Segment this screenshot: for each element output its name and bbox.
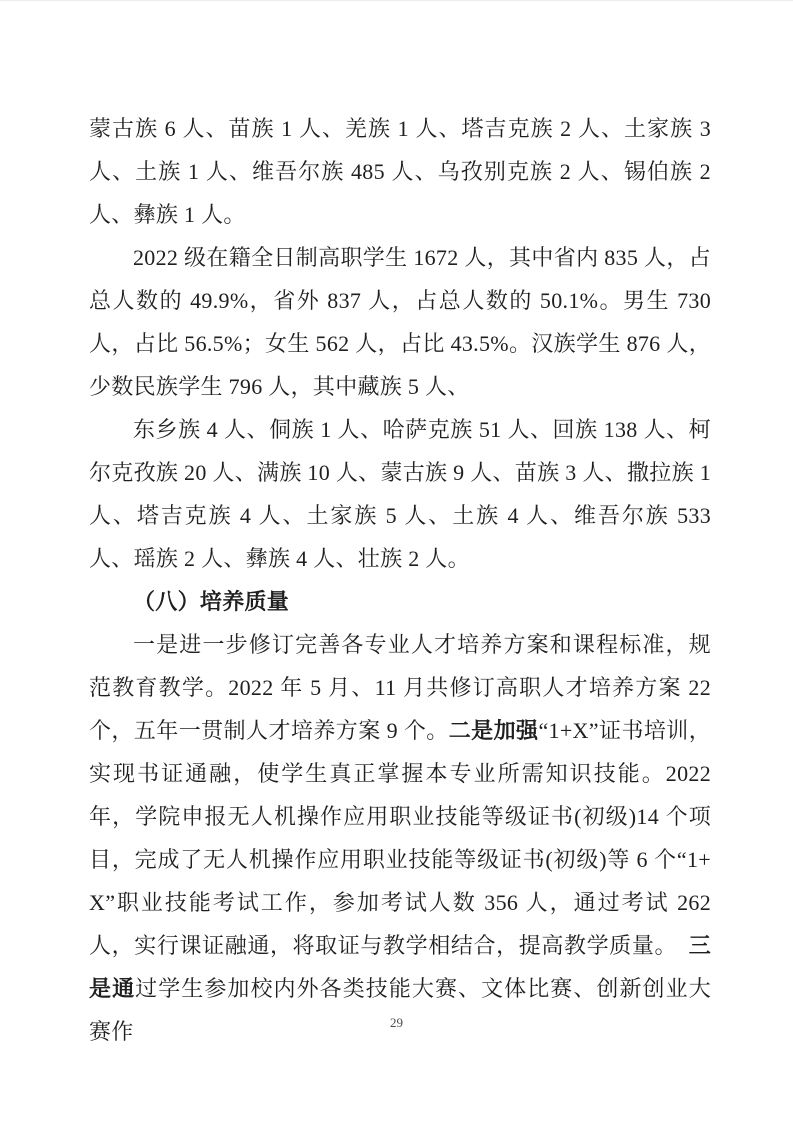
paragraph-ethnic-counts-continued: 蒙古族 6 人、苗族 1 人、羌族 1 人、塔吉克族 2 人、土家族 3 人、土…: [89, 107, 711, 236]
bold-text-run: 二是加强: [449, 718, 539, 743]
paragraph-minority-breakdown: 东乡族 4 人、侗族 1 人、哈萨克族 51 人、回族 138 人、柯尔克孜族 …: [89, 408, 711, 580]
document-page: 蒙古族 6 人、苗族 1 人、羌族 1 人、塔吉克族 2 人、土家族 3 人、土…: [0, 0, 793, 1123]
text-block: 蒙古族 6 人、苗族 1 人、羌族 1 人、塔吉克族 2 人、土家族 3 人、土…: [89, 107, 711, 1053]
section-heading-training-quality: （八）培养质量: [89, 580, 711, 623]
paragraph-training-quality-measures: 一是进一步修订完善各专业人才培养方案和课程标准，规范教育教学。2022 年 5 …: [89, 623, 711, 1053]
text-run: 2022 级在籍全日制高职学生 1672 人，其中省内 835 人，占总人数的 …: [89, 245, 711, 399]
bold-text-run: （八）培养质量: [133, 589, 289, 614]
text-run: 蒙古族 6 人、苗族 1 人、羌族 1 人、塔吉克族 2 人、土家族 3 人、土…: [89, 116, 711, 227]
page-number: 29: [0, 1015, 793, 1031]
text-run: “1+X”证书培训，实现书证通融，使学生真正掌握本专业所需知识技能。2022 年…: [89, 718, 711, 958]
paragraph-2022-cohort-stats: 2022 级在籍全日制高职学生 1672 人，其中省内 835 人，占总人数的 …: [89, 236, 711, 408]
text-run: 过学生参加校内外各类技能大赛、文体比赛、创新创业大赛作: [89, 976, 711, 1044]
text-run: 东乡族 4 人、侗族 1 人、哈萨克族 51 人、回族 138 人、柯尔克孜族 …: [89, 417, 711, 571]
